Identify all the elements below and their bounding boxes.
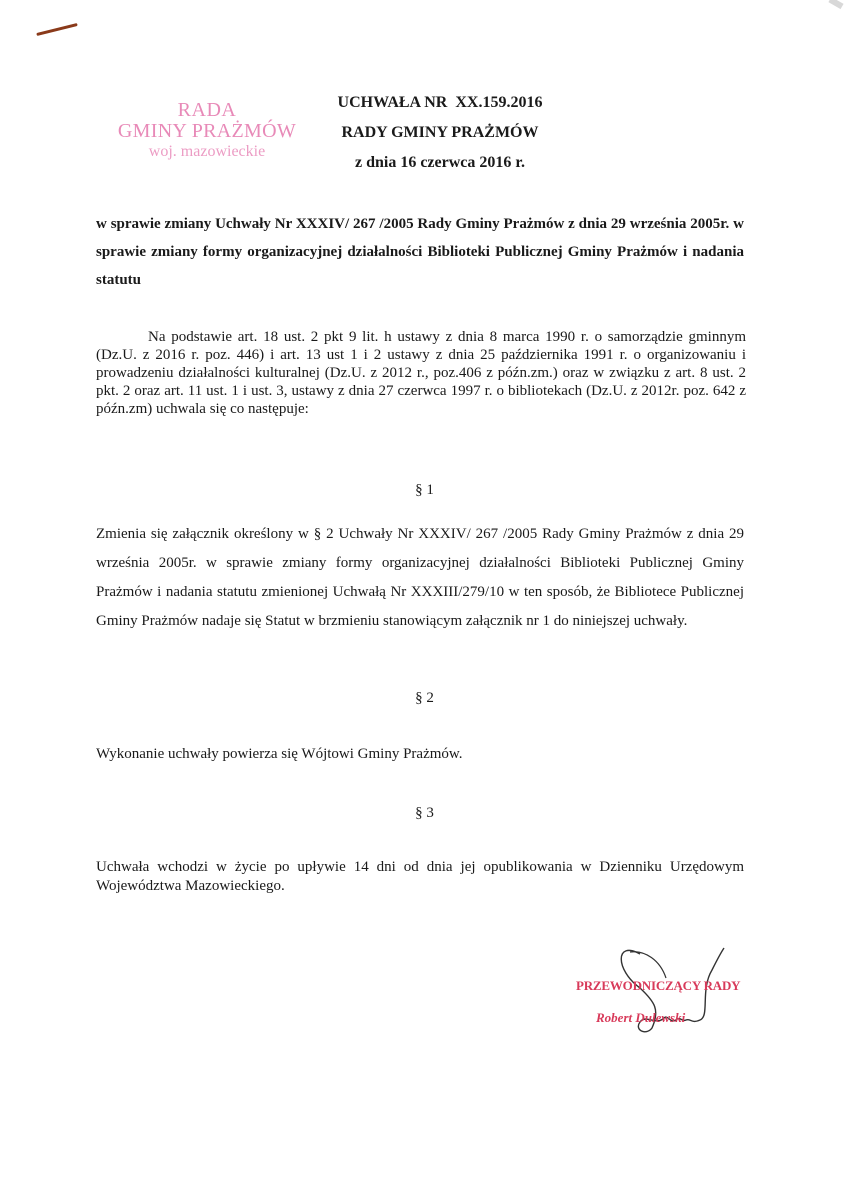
stamp-line-2: GMINY PRAŻMÓW xyxy=(112,120,302,142)
section-3-sign: § 3 xyxy=(0,805,849,822)
section-1-sign: § 1 xyxy=(0,482,849,499)
signature-role: PRZEWODNICZĄCY RADY xyxy=(576,978,740,994)
pen-mark xyxy=(36,23,77,36)
council-stamp: RADA GMINY PRAŻMÓW woj. mazowieckie xyxy=(112,100,302,162)
document-title: UCHWAŁA NR XX.159.2016 RADY GMINY PRAŻMÓ… xyxy=(300,92,580,182)
resolution-subject: w sprawie zmiany Uchwały Nr XXXIV/ 267 /… xyxy=(96,210,744,294)
resolution-number: UCHWAŁA NR XX.159.2016 xyxy=(300,92,580,122)
section-2-text: Wykonanie uchwały powierza się Wójtowi G… xyxy=(96,744,744,764)
resolution-date: z dnia 16 czerwca 2016 r. xyxy=(300,152,580,182)
scan-corner-mark xyxy=(828,0,843,9)
section-1-text: Zmienia się załącznik określony w § 2 Uc… xyxy=(96,520,744,636)
stamp-line-3: woj. mazowieckie xyxy=(112,142,302,162)
issuing-body: RADY GMINY PRAŻMÓW xyxy=(300,122,580,152)
signature-name: Robert Dulewski xyxy=(596,1010,685,1026)
section-3-text: Uchwała wchodzi w życie po upływie 14 dn… xyxy=(96,858,744,896)
chairman-signature-block: PRZEWODNICZĄCY RADY Robert Dulewski xyxy=(560,930,760,1040)
section-2-sign: § 2 xyxy=(0,690,849,707)
stamp-line-1: RADA xyxy=(112,100,302,120)
legal-basis-preamble: Na podstawie art. 18 ust. 2 pkt 9 lit. h… xyxy=(96,328,746,418)
